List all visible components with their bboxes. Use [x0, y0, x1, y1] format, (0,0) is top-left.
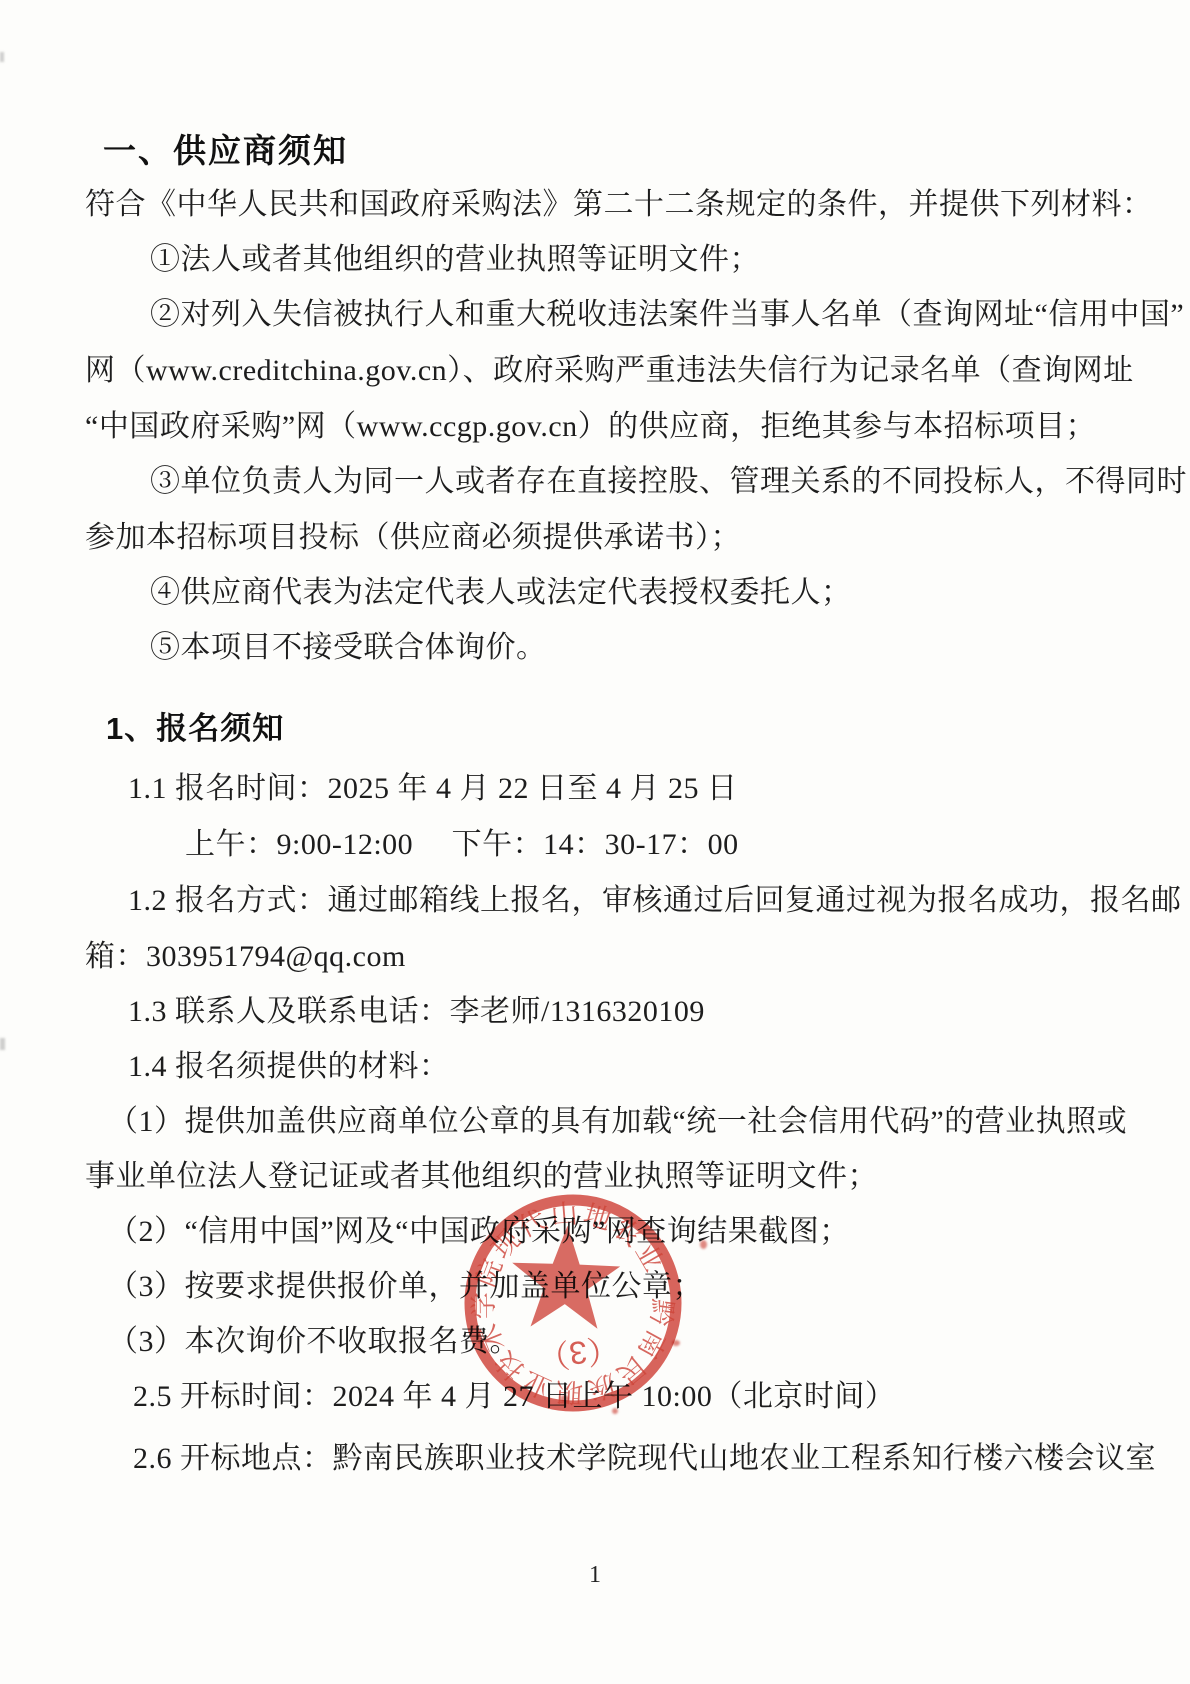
doc-line: 2.5 开标时间：2024 年 4 月 27 日上午 10:00（北京时间） [133, 1378, 895, 1416]
doc-line: （2）“信用中国”网及“中国政府采购”网查询结果截图； [108, 1213, 850, 1251]
ink-speck [560, 1395, 569, 1402]
doc-line: 1.4 报名须提供的材料： [128, 1048, 450, 1086]
doc-line: ①法人或者其他组织的营业执照等证明文件； [150, 241, 760, 279]
doc-line: 上午：9:00-12:00 下午：14：30-17：00 [185, 826, 739, 864]
doc-line: “中国政府采购”网（www.ccgp.gov.cn）的供应商，拒绝其参与本招标项… [85, 408, 1096, 446]
doc-line: ④供应商代表为法定代表人或法定代表授权委托人； [150, 574, 852, 612]
doc-line: 箱：303951794@qq.com [85, 938, 406, 976]
doc-line: 2.6 开标地点：黔南民族职业技术学院现代山地农业工程系知行楼六楼会议室 [133, 1440, 1156, 1478]
document-page: 一、供应商须知 符合《中华人民共和国政府采购法》第二十二条规定的条件，并提供下列… [0, 0, 1190, 1684]
doc-line: （3）按要求提供报价单，并加盖单位公章； [108, 1268, 703, 1306]
doc-line: （1）提供加盖供应商单位公章的具有加载“统一社会信用代码”的营业执照或 [108, 1103, 1127, 1141]
ink-speck [612, 1408, 618, 1414]
doc-line: 1.2 报名方式：通过邮箱线上报名，审核通过后回复通过视为报名成功，报名邮 [128, 882, 1182, 920]
doc-line: ②对列入失信被执行人和重大税收违法案件当事人名单（查询网址“信用中国” [150, 296, 1184, 334]
seal-center-label: （3） [536, 1331, 621, 1375]
scan-artifact [0, 1038, 5, 1050]
ink-speck [700, 1240, 707, 1249]
doc-line: 事业单位法人登记证或者其他组织的营业执照等证明文件； [85, 1158, 878, 1196]
doc-line: 参加本招标项目投标（供应商必须提供承诺书）； [85, 519, 741, 557]
doc-line: 符合《中华人民共和国政府采购法》第二十二条规定的条件，并提供下列材料： [85, 186, 1153, 224]
doc-line: ③单位负责人为同一人或者存在直接控股、管理关系的不同投标人，不得同时 [150, 463, 1187, 501]
doc-line: 1.1 报名时间：2025 年 4 月 22 日至 4 月 25 日 [128, 770, 738, 808]
scan-artifact [0, 52, 4, 62]
page-number: 1 [0, 1562, 1190, 1589]
doc-line: 网（www.creditchina.gov.cn）、政府采购严重违法失信行为记录… [85, 352, 1134, 390]
section-heading-supplier-notice: 一、供应商须知 [103, 132, 348, 170]
doc-line: ⑤本项目不接受联合体询价。 [150, 629, 547, 667]
ink-speck [672, 1340, 680, 1346]
section-heading-registration-notice: 1、报名须知 [106, 710, 284, 748]
doc-line: （3）本次询价不收取报名费。 [108, 1323, 520, 1361]
doc-line: 1.3 联系人及联系电话：李老师/1316320109 [128, 993, 705, 1031]
